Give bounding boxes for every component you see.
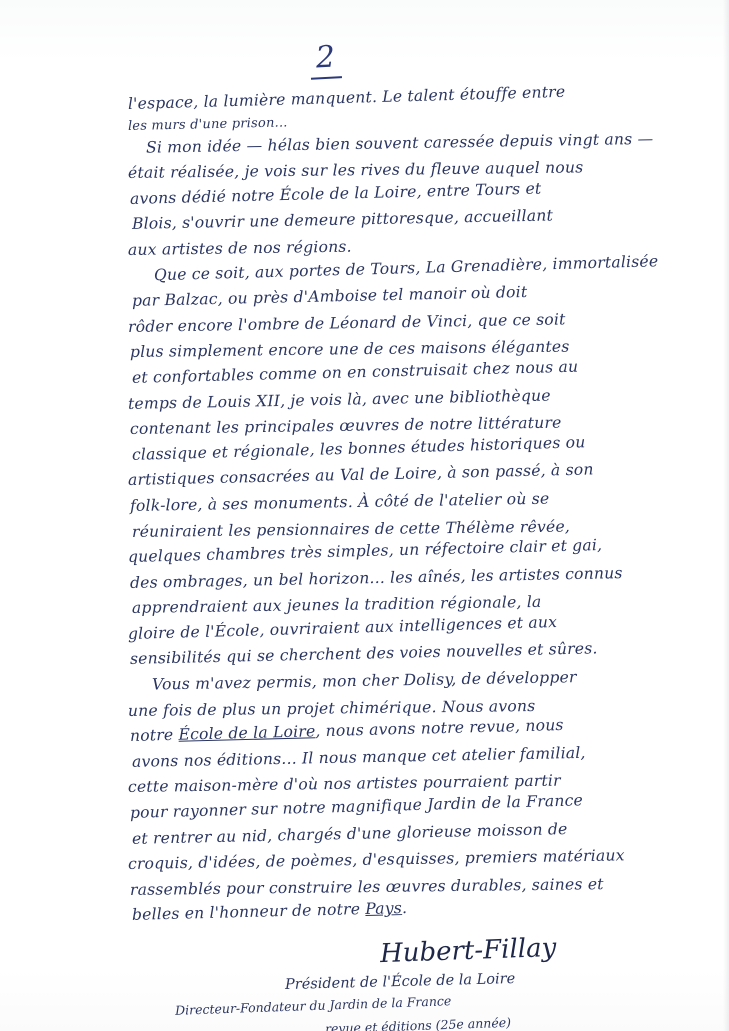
signature-title: Président de l'École de la Loire bbox=[285, 971, 516, 993]
page-number: 2 bbox=[309, 39, 342, 80]
signature-title-text: Président de l'École de la Loire bbox=[285, 971, 516, 993]
paper-edge bbox=[723, 0, 729, 1031]
letter-page: 2 l'espace, la lumière manquent. Le tale… bbox=[0, 0, 729, 1031]
signature-title-line-3: revue et éditions (25e année) bbox=[325, 1015, 511, 1031]
letter-body: l'espace, la lumière manquent. Le talent… bbox=[128, 92, 708, 929]
signature-title-line-2: Directeur-Fondateur du Jardin de la Fran… bbox=[175, 993, 452, 1018]
signature-name: Hubert-Fillay bbox=[380, 933, 557, 969]
